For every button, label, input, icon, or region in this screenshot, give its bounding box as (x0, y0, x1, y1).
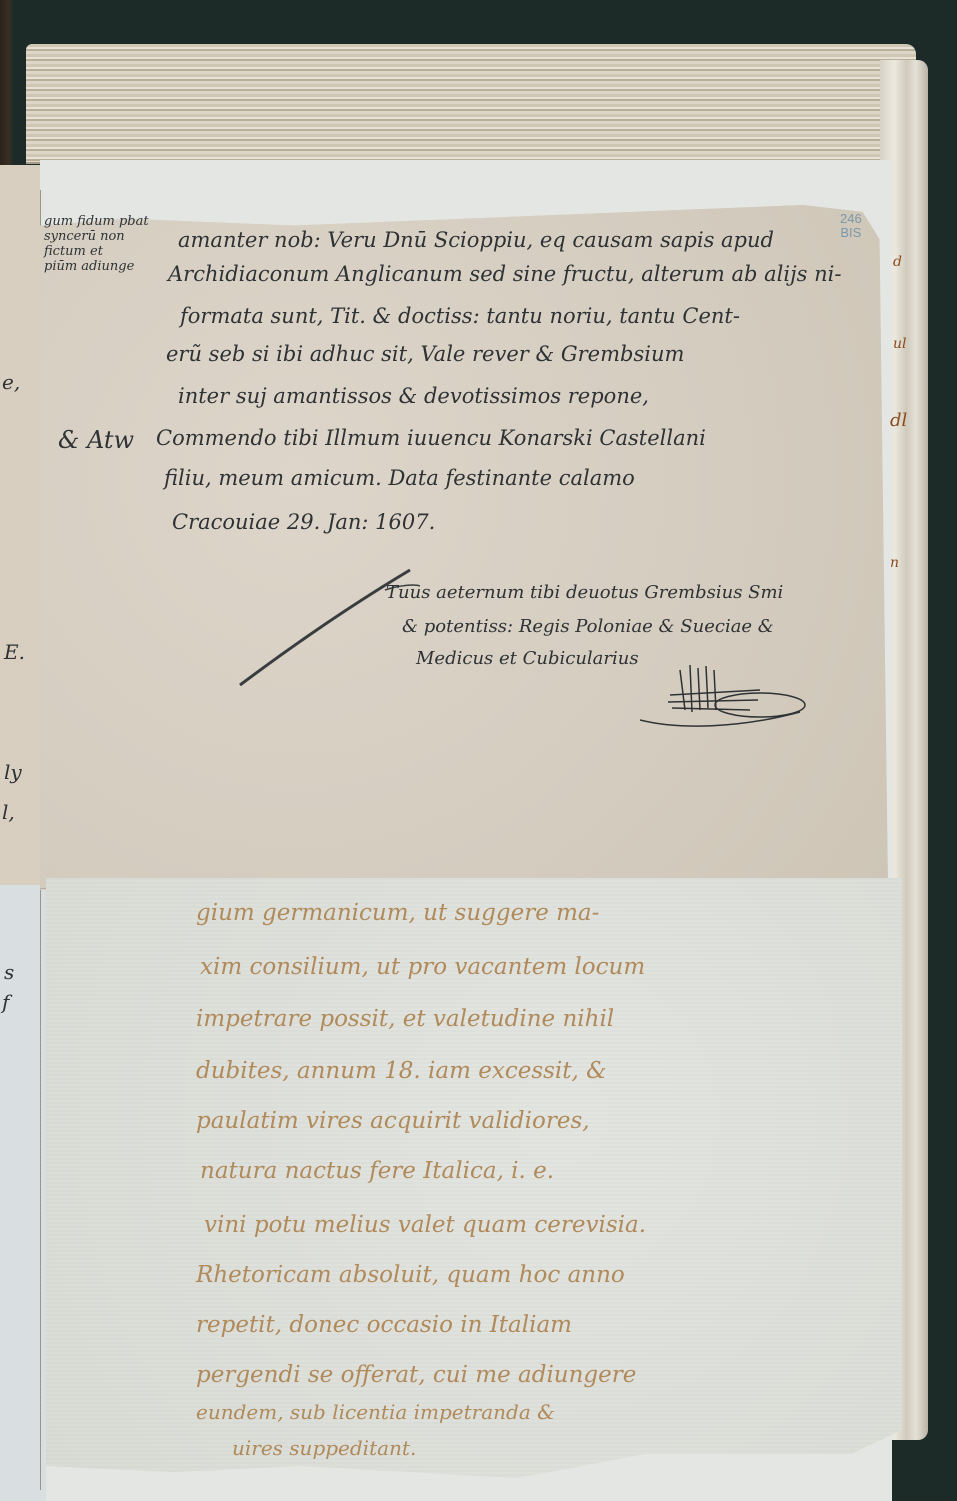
letter-line: amanter nob: Veru Dnū Scioppiu, eq causa… (178, 228, 774, 252)
letter-line: impetrare possit, et valetudine nihil (196, 1006, 614, 1032)
letter-line: paulatim vires acquirit validiores, (196, 1108, 590, 1134)
margin-note-line: fictum et (44, 244, 149, 259)
letter-line: repetit, donec occasio in Italiam (196, 1312, 572, 1338)
letter-line: dubites, annum 18. iam excessit, & (196, 1058, 607, 1084)
signature-line: Tuus aeternum tibi deuotus Grembsius Smi (386, 582, 783, 603)
letter-line: Archidiaconum Anglicanum sed sine fructu… (168, 262, 841, 286)
signature-line: Medicus et Cubicularius (416, 648, 639, 669)
facing-text: s (4, 960, 14, 984)
letter-line: vini potu melius valet quam cerevisia. (204, 1212, 646, 1238)
letter-date-line: Cracouiae 29. Jan: 1607. (172, 510, 435, 534)
margin-note-line: syncerū non (44, 229, 149, 244)
signature-line: & potentiss: Regis Poloniae & Sueciae & (402, 616, 774, 637)
letter-line: gium germanicum, ut suggere ma- (196, 900, 599, 926)
edge-text: d (893, 254, 902, 270)
letter-line: formata sunt, Tit. & doctiss: tantu nori… (180, 304, 740, 328)
letter-line: inter suj amantissos & devotissimos repo… (178, 384, 649, 408)
edge-text: dl (890, 410, 907, 431)
facing-text: f (2, 990, 9, 1014)
folio-number-value: 246 (840, 212, 862, 226)
facing-text: l, (2, 800, 15, 824)
letter-line: Rhetoricam absoluit, quam hoc anno (196, 1262, 625, 1288)
letter-line: natura nactus fere Italica, i. e. (200, 1158, 554, 1184)
folio-suffix: BIS (840, 226, 862, 240)
folio-number: 246 BIS (840, 212, 862, 240)
letter-line: pergendi se offerat, cui me adiungere (196, 1362, 636, 1388)
margin-note: gum fidum pbat syncerū non fictum et piū… (44, 214, 149, 274)
facing-text: E. (4, 640, 25, 664)
edge-text: n (890, 555, 899, 571)
letter-line: xim consilium, ut pro vacantem locum (200, 954, 645, 980)
pen-flourish-icon (220, 560, 420, 690)
margin-mark: & Atw (58, 426, 134, 454)
margin-note-line: gum fidum pbat (44, 214, 149, 229)
letter-line: Commendo tibi Illmum iuuencu Konarski Ca… (156, 426, 706, 450)
facing-text: ly (4, 760, 22, 784)
edge-text: ul (893, 336, 907, 352)
page-stack-top-edge (26, 44, 916, 164)
letter-line: erũ seb si ibi adhuc sit, Vale rever & G… (166, 342, 684, 366)
letter-line: filiu, meum amicum. Data festinante cala… (164, 466, 635, 490)
facing-text: e, (2, 370, 20, 394)
signature-paraph-icon (640, 650, 810, 730)
letter-line: uires suppeditant. (232, 1436, 416, 1460)
margin-note-line: piūm adiunge (44, 259, 149, 274)
letter-line: eundem, sub licentia impetranda & (196, 1400, 555, 1424)
